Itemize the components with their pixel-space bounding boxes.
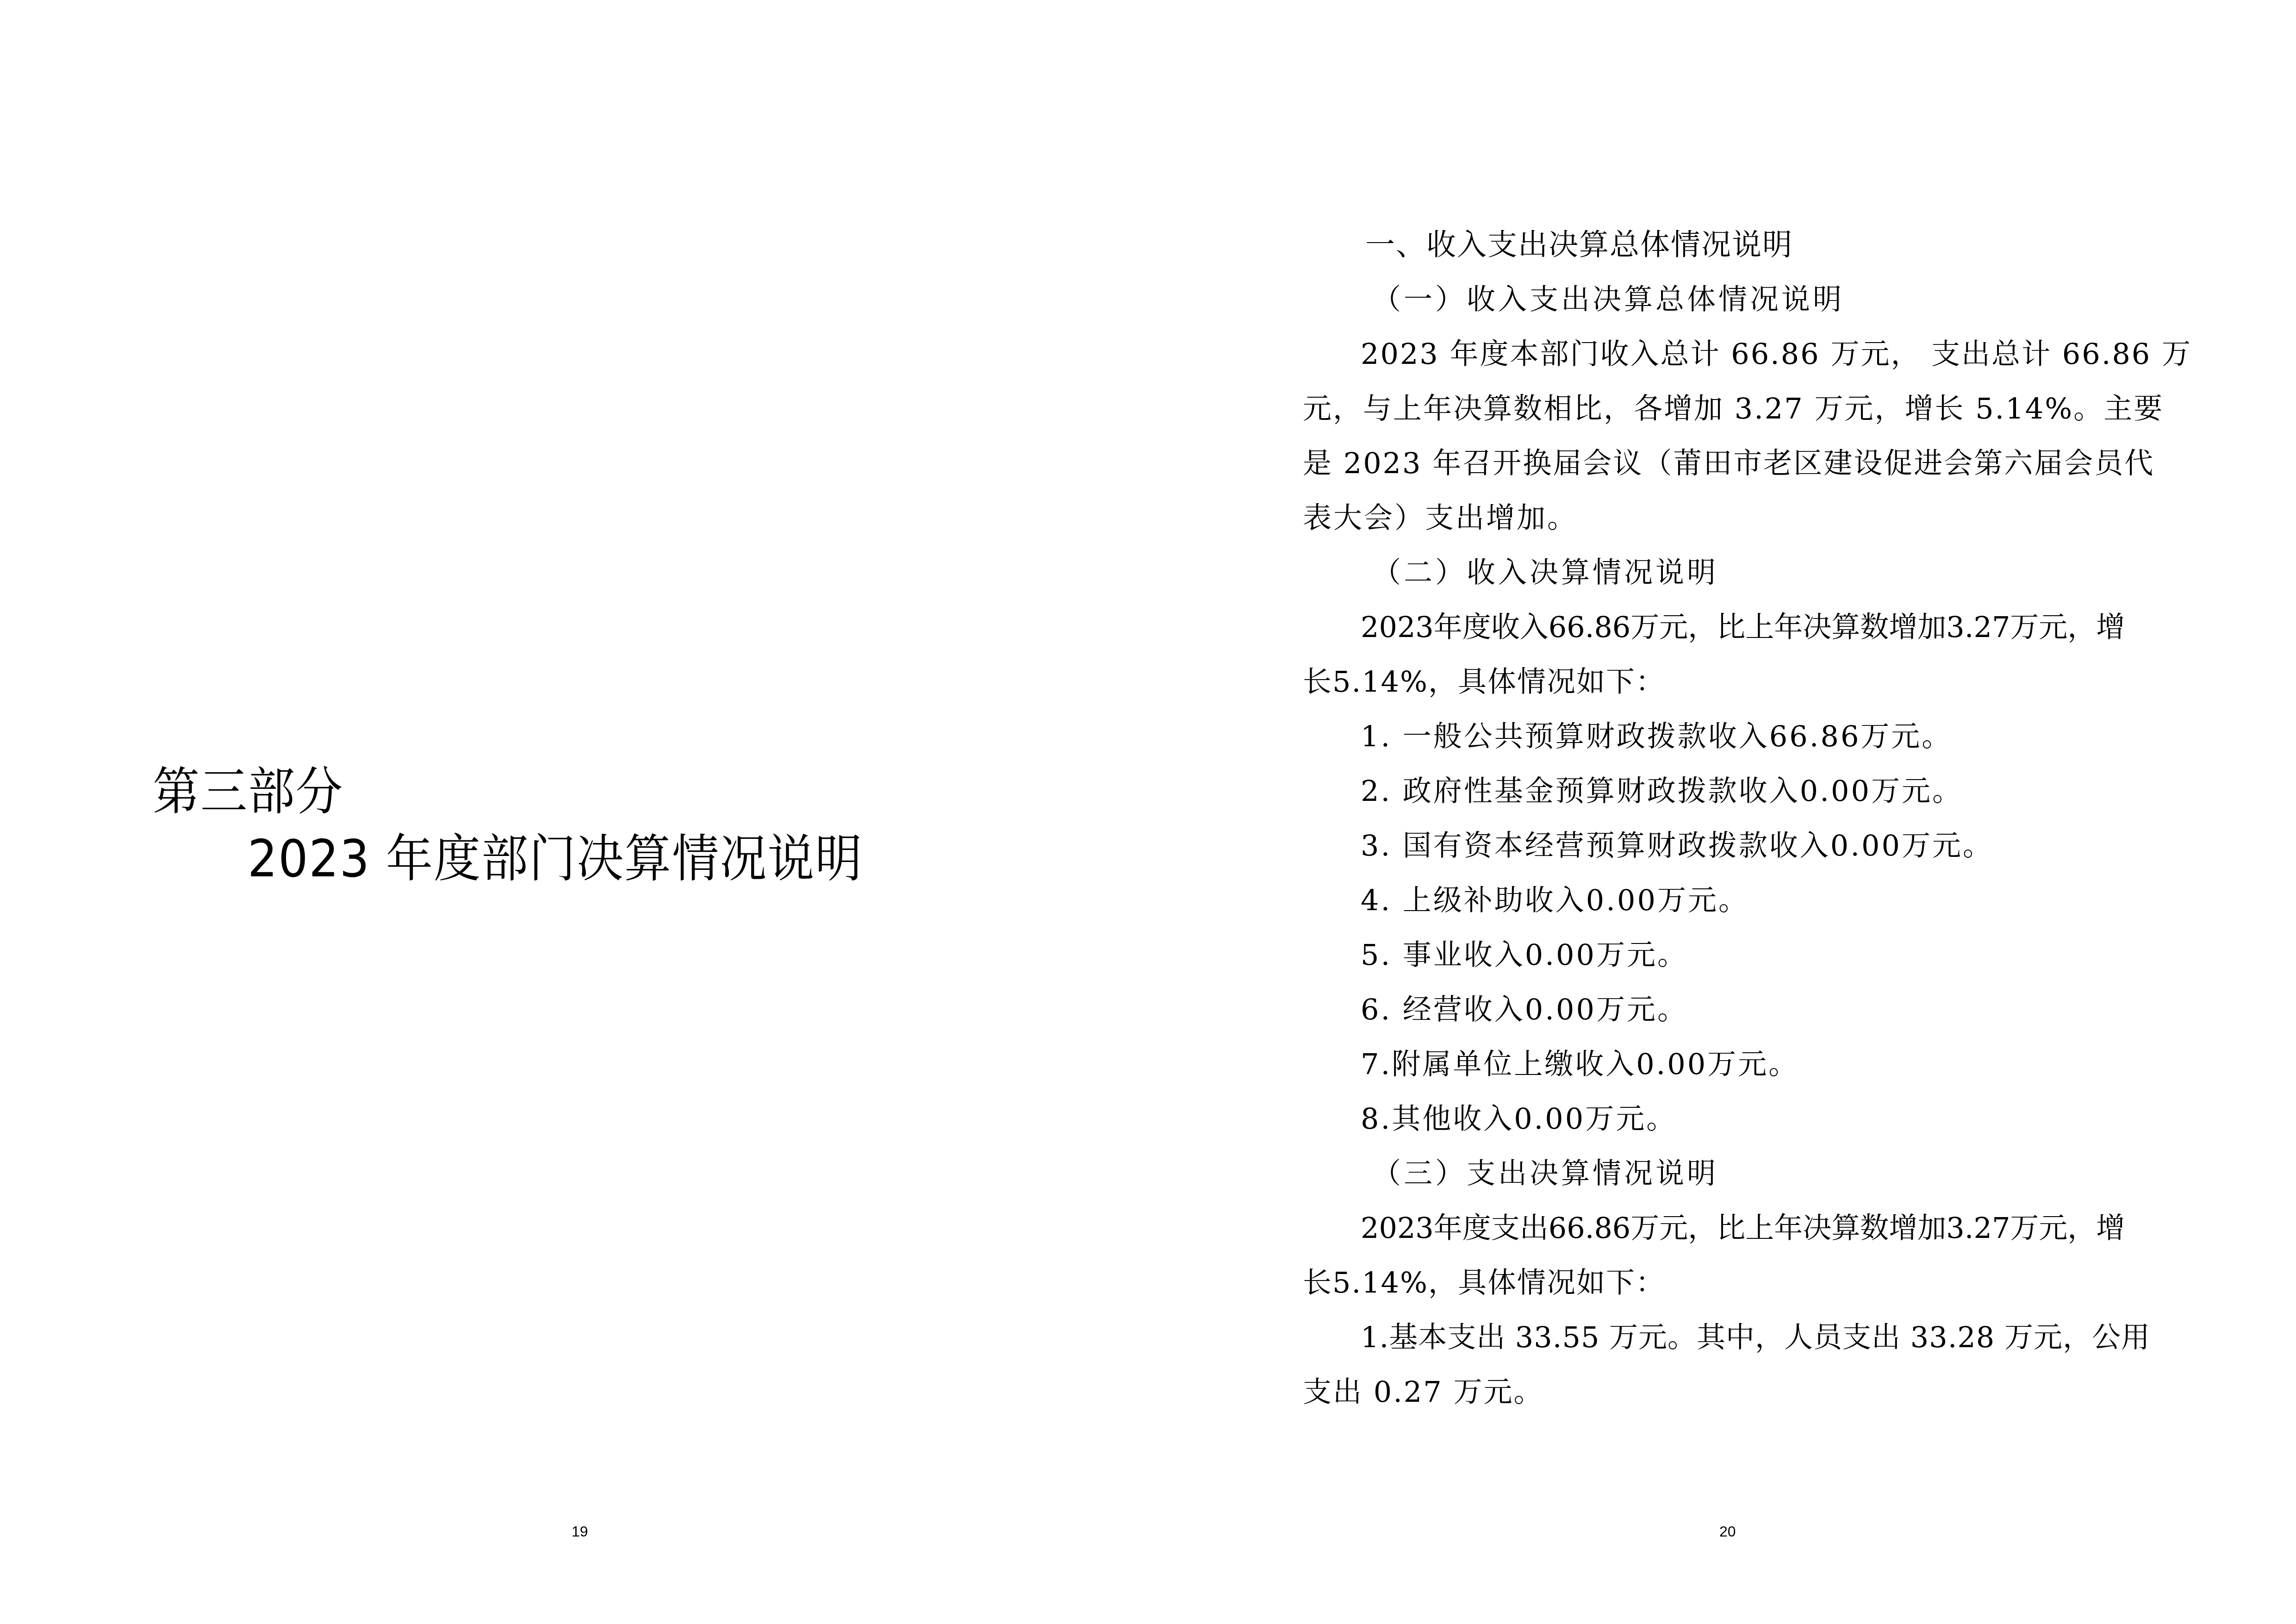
paragraph-line: 1.基本支出 33.55 万元。其中，人员支出 33.28 万元，公用 xyxy=(1303,1310,2159,1365)
paragraph-line: 2023年度支出66.86万元，比上年决算数增加3.27万元，增 xyxy=(1303,1201,2159,1255)
paragraph-line: 2023年度收入66.86万元，比上年决算数增加3.27万元，增 xyxy=(1303,600,2159,655)
income-item-2: 2. 政府性基金预算财政拨款收入0.00万元。 xyxy=(1303,764,2159,818)
page-number-right: 20 xyxy=(1719,1523,1736,1540)
paragraph-line: 元，与上年决算数相比，各增加 3.27 万元，增长 5.14%。主要 xyxy=(1303,381,2159,436)
paragraph-line: 长5.14%，具体情况如下： xyxy=(1303,655,2159,709)
subsection-heading-1: （一）收入支出决算总体情况说明 xyxy=(1303,272,2159,327)
left-page: 第三部分 2023 年度部门决算情况说明 xyxy=(0,0,1148,1624)
paragraph-line: 支出 0.27 万元。 xyxy=(1303,1365,2159,1419)
income-item-4: 4. 上级补助收入0.00万元。 xyxy=(1303,873,2159,928)
income-item-6: 6. 经营收入0.00万元。 xyxy=(1303,982,2159,1037)
page-number-left: 19 xyxy=(572,1523,588,1540)
subsection-heading-3: （三）支出决算情况说明 xyxy=(1303,1146,2159,1201)
income-item-1: 1. 一般公共预算财政拨款收入66.86万元。 xyxy=(1303,709,2159,764)
paragraph-line: 长5.14%，具体情况如下： xyxy=(1303,1255,2159,1310)
paragraph-line: 2023 年度本部门收入总计 66.86 万元， 支出总计 66.86 万 xyxy=(1303,327,2159,381)
section-heading: 一、收入支出决算总体情况说明 xyxy=(1303,218,2159,272)
income-item-8: 8.其他收入0.00万元。 xyxy=(1303,1092,2159,1146)
paragraph-line: 是 2023 年召开换届会议（莆田市老区建设促进会第六届会员代 xyxy=(1303,436,2159,491)
income-item-5: 5. 事业收入0.00万元。 xyxy=(1303,928,2159,982)
income-item-7: 7.附属单位上缴收入0.00万元。 xyxy=(1303,1037,2159,1092)
right-page-content: 一、收入支出决算总体情况说明 （一）收入支出决算总体情况说明 2023 年度本部… xyxy=(1303,218,2159,1419)
paragraph-line: 表大会）支出增加。 xyxy=(1303,491,2159,545)
subsection-heading-2: （二）收入决算情况说明 xyxy=(1303,545,2159,600)
part-title: 第三部分 xyxy=(153,759,343,824)
income-item-3: 3. 国有资本经营预算财政拨款收入0.00万元。 xyxy=(1303,818,2159,873)
part-subtitle: 2023 年度部门决算情况说明 xyxy=(248,826,863,891)
